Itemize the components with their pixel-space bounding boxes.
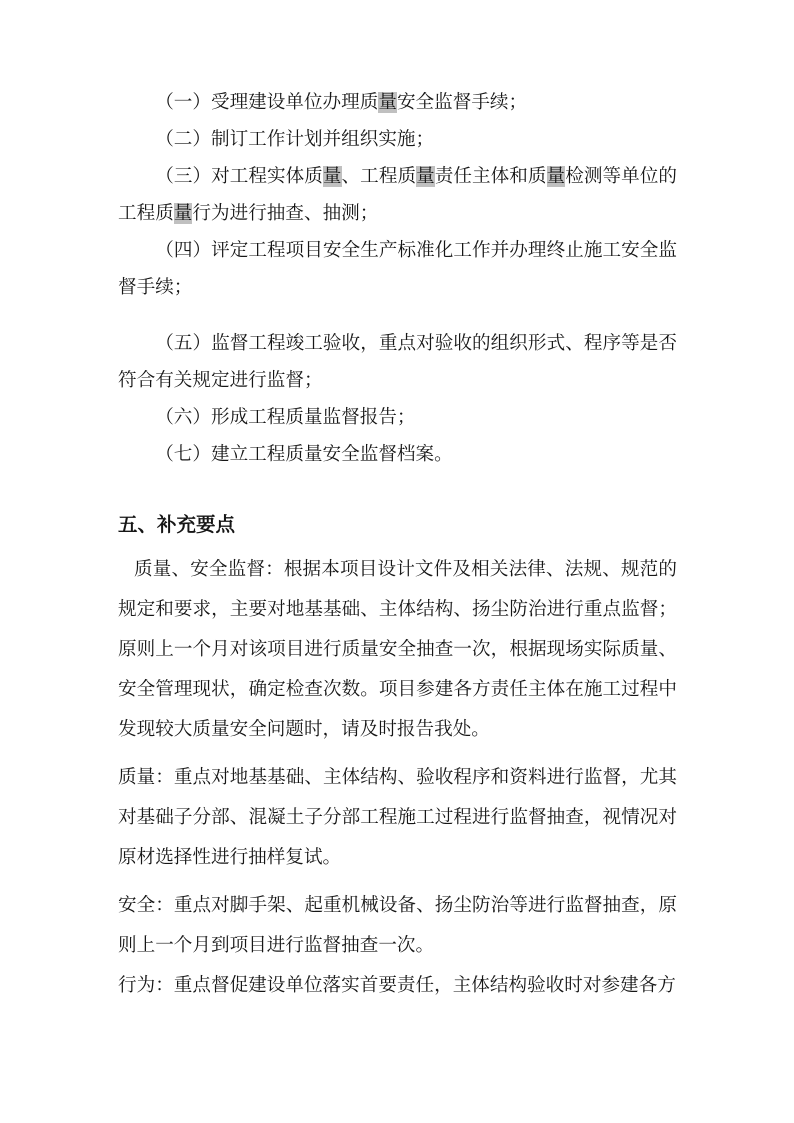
list-item: （六）形成工程质量监督报告；: [118, 399, 677, 436]
text-segment: （三）对工程实体质: [155, 166, 323, 187]
text-segment: （四）评定工程项目安全生产标准化工作并办理终止施工安全监督手续；: [118, 240, 677, 298]
text-segment: （七）建立工程质量安全监督档案。: [155, 444, 453, 465]
highlighted-char: 量: [416, 166, 435, 187]
list-item: （七）建立工程质量安全监督档案。: [118, 436, 677, 473]
highlighted-char: 量: [174, 203, 193, 224]
numbered-list: （一）受理建设单位办理质量安全监督手续；（二）制订工作计划并组织实施；（三）对工…: [118, 84, 677, 473]
list-item: （二）制订工作计划并组织实施；: [118, 121, 677, 158]
list-item: （五）监督工程竣工验收，重点对验收的组织形式、程序等是否符合有关规定进行监督；: [118, 325, 677, 399]
highlighted-char: 量: [547, 166, 566, 187]
paragraph: 行为：重点督促建设单位落实首要责任，主体结构验收时对参建各方: [118, 966, 677, 1006]
text-segment: 行为进行抽查、抽测；: [192, 203, 378, 224]
list-item: （三）对工程实体质量、工程质量责任主体和质量检测等单位的工程质量行为进行抽查、抽…: [118, 158, 677, 232]
paragraph: 安全：重点对脚手架、起重机械设备、扬尘防治等进行监督抽查，原则上一个月到项目进行…: [118, 886, 677, 966]
text-segment: （二）制订工作计划并组织实施；: [155, 129, 434, 150]
body-paragraphs: 质量、安全监督：根据本项目设计文件及相关法律、法规、规范的规定和要求，主要对地基…: [118, 550, 677, 1006]
paragraph: 质量、安全监督：根据本项目设计文件及相关法律、法规、规范的规定和要求，主要对地基…: [118, 550, 677, 750]
document-page: （一）受理建设单位办理质量安全监督手续；（二）制订工作计划并组织实施；（三）对工…: [0, 0, 794, 1123]
text-segment: 、工程质: [342, 166, 417, 187]
text-segment: （五）监督工程竣工验收，重点对验收的组织形式、程序等是否符合有关规定进行监督；: [118, 333, 677, 391]
text-segment: 责任主体和质: [435, 166, 547, 187]
text-segment: （一）受理建设单位办理质: [155, 92, 378, 113]
section-heading: 五、补充要点: [118, 507, 677, 545]
list-item: （四）评定工程项目安全生产标准化工作并办理终止施工安全监督手续；: [118, 232, 677, 306]
text-segment: （六）形成工程质量监督报告；: [155, 407, 415, 428]
highlighted-char: 量: [378, 92, 397, 113]
paragraph: 质量：重点对地基基础、主体结构、验收程序和资料进行监督，尤其对基础子分部、混凝土…: [118, 758, 677, 878]
text-segment: 安全监督手续；: [397, 92, 527, 113]
highlighted-char: 量: [323, 166, 342, 187]
list-item: （一）受理建设单位办理质量安全监督手续；: [118, 84, 677, 121]
